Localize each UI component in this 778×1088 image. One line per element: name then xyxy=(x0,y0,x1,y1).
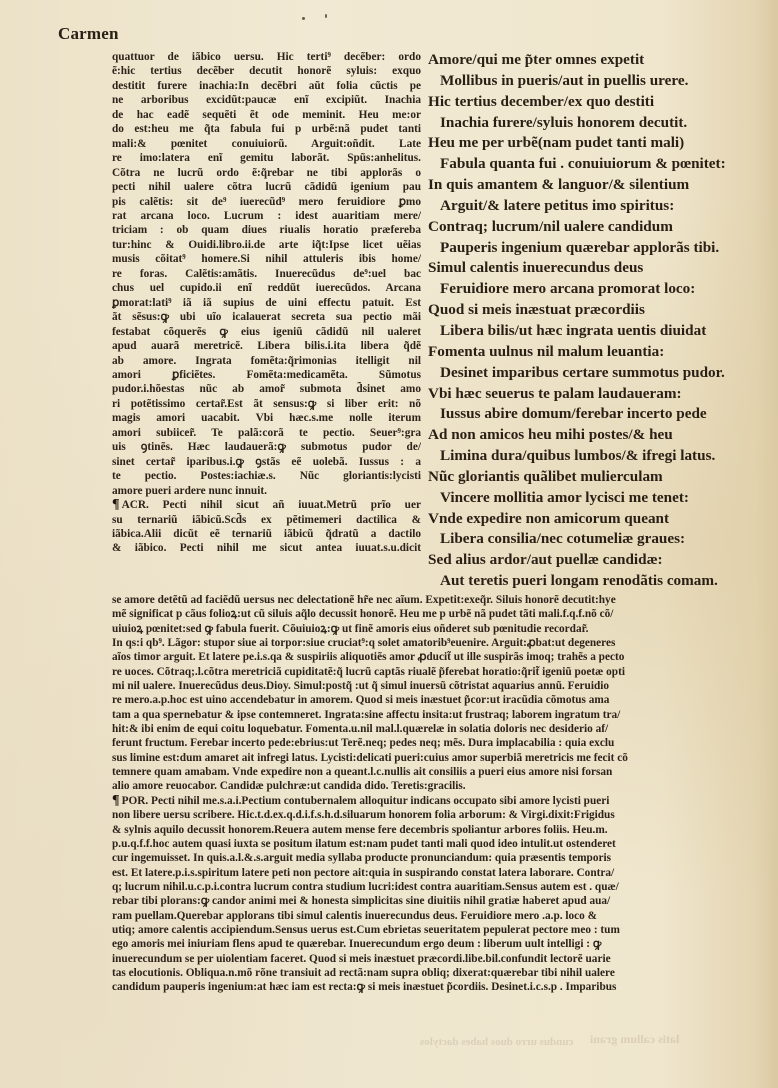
bottom-show-through: latis callum grani xyxy=(590,1032,679,1047)
commentary-left-column: quattuor de iãbico uersu. Hic terti⁹ dec… xyxy=(112,50,421,556)
commentary-line: candidum pauperis ingenium:at hæc iam es… xyxy=(112,980,752,994)
commentary-line: p.u.q.f.f.hoc autem quasi iuxta se posit… xyxy=(112,837,752,851)
commentary-line: ego amoris mei iniuriam flens apud te qu… xyxy=(112,937,752,951)
commentary-line: tam a qua spernebatur & ipse contemneret… xyxy=(112,708,752,722)
commentary-line: ferunt fructum. Ferebar incerto pede:ebr… xyxy=(112,736,752,750)
commentary-line: te pectio. Postes:iachiæ.s. Nũc gloriant… xyxy=(112,469,421,483)
bottom-show-through: cundus urro duos habes dactylos xyxy=(420,1036,573,1048)
commentary-text: inuerecundum se per uiolentiam faceret. … xyxy=(112,953,611,965)
commentary-line: ãt sẽsus:ꝙ ubi uĩo icalauerat secreta su… xyxy=(112,310,421,324)
commentary-line: pis calẽtis: sit de⁹ iuerecũd⁹ mero feru… xyxy=(112,195,421,209)
commentary-line: aĩos timor arguit. Et latere pe.i.s.qa &… xyxy=(112,650,752,664)
commentary-line: re foras. Calẽtis:amãtis. Inuerecũdus de… xyxy=(112,267,421,281)
ink-speck xyxy=(302,17,305,20)
commentary-full-width: se amore detẽtũ ad faciẽdũ uersus nec de… xyxy=(112,593,752,995)
commentary-line: ¶POR. Pecti nihil me.s.a.i.Pectium contu… xyxy=(112,794,752,808)
commentary-line: cur ingemuisset. In quis.a.l.&.s.arguit … xyxy=(112,851,752,865)
paragraph-mark-icon: ¶ xyxy=(112,498,120,512)
verse-line: Iussus abire domum/ferebar incerto pede xyxy=(428,404,768,425)
verse-line: Contraq; lucrum/nil ualere candidum xyxy=(428,217,768,238)
commentary-text: ACR. Pecti nihil sicut añ iuuat.Metrũ pr… xyxy=(122,499,421,511)
commentary-text: cur ingemuisset. In quis.a.l.&.s.arguit … xyxy=(112,852,611,864)
commentary-line: In qs:i qb⁹. Lãgor: stupor siue ai torpo… xyxy=(112,636,752,650)
commentary-text: non libere uersu scribere. Hic.t.d.ex.q.… xyxy=(112,809,615,821)
verse-line: Fabula quanta fui . conuiuiorum & pœnite… xyxy=(428,154,768,175)
commentary-text: & iãbico. Pecti nihil me sicut antea iuu… xyxy=(112,542,421,554)
commentary-line: mẽ significat p cãus folioꝝ:ut cũ siluis… xyxy=(112,607,752,621)
verse-column: Amore/qui me p̃ter omnes expetitMollibus… xyxy=(428,50,768,592)
commentary-line: utiq; amore calentis accipiendum.Sensus … xyxy=(112,923,752,937)
commentary-line: re mero.a.p.hoc est uino accendebatur in… xyxy=(112,693,752,707)
commentary-text: su ternariũ iãbicũ.Scd̃s ex pẽtimemeri d… xyxy=(112,514,421,526)
verse-line: Feruidiore mero arcana promorat loco: xyxy=(428,279,768,300)
verse-line: Arguit/& latere petitus imo spiritus: xyxy=(428,196,768,217)
verse-line: Vincere mollitia amor lycisci me tenet: xyxy=(428,488,768,509)
commentary-line: ẽ:hic tertius decẽber decutit honorẽ syl… xyxy=(112,64,421,78)
commentary-line: est. Et latere.p.i.s.spiritum latere pet… xyxy=(112,866,752,880)
verse-line: Vnde expedire non amicorum queant xyxy=(428,509,768,530)
ink-speck xyxy=(325,14,327,18)
commentary-line: se amore detẽtũ ad faciẽdũ uersus nec de… xyxy=(112,593,752,607)
verse-line: Heu me per urbẽ(nam pudet tanti mali) xyxy=(428,133,768,154)
commentary-text: p.u.q.f.f.hoc autem quasi iuxta se posit… xyxy=(112,838,616,850)
commentary-line: su ternariũ iãbicũ.Scd̃s ex pẽtimemeri d… xyxy=(112,513,421,527)
commentary-line: pecti nihil ualere cõtra lucrũ cãdidũ ig… xyxy=(112,180,421,194)
verse-line: Simul calentis inuerecundus deus xyxy=(428,258,768,279)
commentary-line: tas elocutionis. Obliqua.n.mõ rõne trans… xyxy=(112,966,752,980)
verse-line: Fomenta uulnus nil malum leuantia: xyxy=(428,342,768,363)
paragraph-mark-icon: ¶ xyxy=(112,794,120,808)
commentary-line: ram puellam.Querebar applorans tibi simu… xyxy=(112,909,752,923)
commentary-line: chus uel cupido.ii enĩ reddũt iuerecũdos… xyxy=(112,281,421,295)
verse-line: In quis amantem & languor/& silentium xyxy=(428,175,768,196)
commentary-text: est. Et latere.p.i.s.spiritum latere pet… xyxy=(112,867,614,879)
commentary-text: tas elocutionis. Obliqua.n.mõ rõne trans… xyxy=(112,967,615,979)
verse-line: Pauperis ingenium quærebar applorãs tibi… xyxy=(428,238,768,259)
commentary-line: alio amore reuocabor. Candidæ pulchræ:ut… xyxy=(112,779,752,793)
commentary-line: Cõtra ne lucrũ ordo ẽ:q̃rebar ne tibi ap… xyxy=(112,166,421,180)
commentary-line: & sylnis aquilo decussit honorem.Reuera … xyxy=(112,823,752,837)
commentary-line: ne arboribus excidũt:paucæ enĩ excipiũt.… xyxy=(112,93,421,107)
commentary-text: utiq; amore calentis accipiendum.Sensus … xyxy=(112,924,620,936)
commentary-line: ꝑmorat:lati⁹ iã iã supius de uini effect… xyxy=(112,296,421,310)
commentary-line: triciam : ob quam diues riualis horatio … xyxy=(112,223,421,237)
commentary-line: sus limine est:dum amaret ait infregi la… xyxy=(112,751,752,765)
commentary-line: inuerecundum se per uiolentiam faceret. … xyxy=(112,952,752,966)
running-head: Carmen xyxy=(58,24,119,44)
commentary-line: rat arcana loco. Lucrum : idest auaritia… xyxy=(112,209,421,223)
commentary-line: do est:heu me q̃ta fabula fui p urbẽ:nã … xyxy=(112,122,421,136)
verse-line: Inachia furere/syluis honorem decutit. xyxy=(428,113,768,134)
verse-line: Aut teretis pueri longam renodãtis comam… xyxy=(428,571,768,592)
commentary-line: temnere quam amabam. Vnde expedire non a… xyxy=(112,765,752,779)
commentary-text: ego amoris mei iniuriam flens apud te qu… xyxy=(112,938,601,950)
commentary-text: candidum pauperis ingenium:at hæc iam es… xyxy=(112,981,616,993)
commentary-line: pudor.i.hõestas nũc ab amor̃ submota d̃s… xyxy=(112,382,421,396)
commentary-line: tur:hinc & Ouidi.libro.ii.de arte iq̃t:I… xyxy=(112,238,421,252)
verse-line: Limina dura/quibus lumbos/& ifregi latus… xyxy=(428,446,768,467)
commentary-line: mi nil ualere. Inuerecũdus deus.Dioy. Si… xyxy=(112,679,752,693)
commentary-text: iãbica.Alii dicũt eẽ ternariũ iãbicũ q̃d… xyxy=(112,528,421,540)
commentary-text: rebar tibi plorans:ꝙ candor animi mei & … xyxy=(112,895,610,907)
verse-line: Libera consilia/nec cotumeliæ graues: xyxy=(428,529,768,550)
commentary-line: ab amore. Ingrata fomẽta:q̃rimonias itel… xyxy=(112,354,421,368)
commentary-line: festabat cõquerẽs ꝙ eius igeniũ cãdidũ n… xyxy=(112,325,421,339)
verse-line: Nũc gloriantis quãlibet mulierculam xyxy=(428,467,768,488)
commentary-line: uiuioꝝ pœnitet:sed ꝙ fabula fuerit. Cõui… xyxy=(112,622,752,636)
verse-line: Desinet imparibus certare summotus pudor… xyxy=(428,363,768,384)
commentary-line: sinet certar̃ iparibus.i.ꝙ ꝯstãs eẽ uole… xyxy=(112,455,421,469)
commentary-line: amori ꝑficiẽtes. Fomẽta:medicamẽta. Sũmo… xyxy=(112,368,421,382)
commentary-line: mali:& pœnitet conuiuiorũ. Arguit:oñdit.… xyxy=(112,137,421,151)
commentary-line: non libere uersu scribere. Hic.t.d.ex.q.… xyxy=(112,808,752,822)
verse-line: Hic tertius december/ex quo destiti xyxy=(428,92,768,113)
verse-line: Quod si meis inæstuat præcordiis xyxy=(428,300,768,321)
commentary-line: amori subiicer̃. Te palã:corã te pectio.… xyxy=(112,426,421,440)
commentary-text: q; lucrum nihil.u.c.p.i.contra lucrum co… xyxy=(112,881,619,893)
verse-line: Ad non amicos heu mihi postes/& heu xyxy=(428,425,768,446)
commentary-line: musis cõitat⁹ homere.Si nihil attuleris … xyxy=(112,252,421,266)
commentary-line: de hac eadẽ sequẽti ẽt ode meminit. Heu … xyxy=(112,108,421,122)
commentary-line: re imo:latera enĩ gemitu laborãt. Spũs:a… xyxy=(112,151,421,165)
verse-line: Libera bilis/ut hæc ingrata uentis diuid… xyxy=(428,321,768,342)
verse-line: Vbi hæc seuerus te palam laudaueram: xyxy=(428,384,768,405)
commentary-line: hit:& ibi enim de equi coitu loquebatur.… xyxy=(112,722,752,736)
commentary-text: ram puellam.Querebar applorans tibi simu… xyxy=(112,910,597,922)
commentary-line: q; lucrum nihil.u.c.p.i.contra lucrum co… xyxy=(112,880,752,894)
commentary-line: rebar tibi plorans:ꝙ candor animi mei & … xyxy=(112,894,752,908)
commentary-text: POR. Pecti nihil me.s.a.i.Pectium contub… xyxy=(122,795,610,807)
commentary-line: & iãbico. Pecti nihil me sicut antea iuu… xyxy=(112,541,421,555)
commentary-line: re uoces. Cõtraq;.l.cõtra meretriciã cup… xyxy=(112,665,752,679)
commentary-line: apud auarã meretricẽ. Libera bilis.i.ita… xyxy=(112,339,421,353)
commentary-line: uis ꝯtinẽs. Hæc laudauerã:ꝙ submotus pud… xyxy=(112,440,421,454)
commentary-line: destitit furere inachia:In decẽbri aũt f… xyxy=(112,79,421,93)
commentary-line: ri potẽtissimo certar̃.Est ãt sensus:ꝙ s… xyxy=(112,397,421,411)
commentary-line: amore pueri ardere nunc innuit. xyxy=(112,484,421,498)
verse-line: Sed alius ardor/aut puellæ candidæ: xyxy=(428,550,768,571)
commentary-line: ¶ACR. Pecti nihil sicut añ iuuat.Metrũ p… xyxy=(112,498,421,512)
commentary-line: iãbica.Alii dicũt eẽ ternariũ iãbicũ q̃d… xyxy=(112,527,421,541)
commentary-line: quattuor de iãbico uersu. Hic terti⁹ dec… xyxy=(112,50,421,64)
commentary-line: magis amori uacabit. Vbi hæc.s.me nolle … xyxy=(112,411,421,425)
verse-line: Mollibus in pueris/aut in puellis urere. xyxy=(428,71,768,92)
verse-line: Amore/qui me p̃ter omnes expetit xyxy=(428,50,768,71)
commentary-text: & sylnis aquilo decussit honorem.Reuera … xyxy=(112,824,608,836)
